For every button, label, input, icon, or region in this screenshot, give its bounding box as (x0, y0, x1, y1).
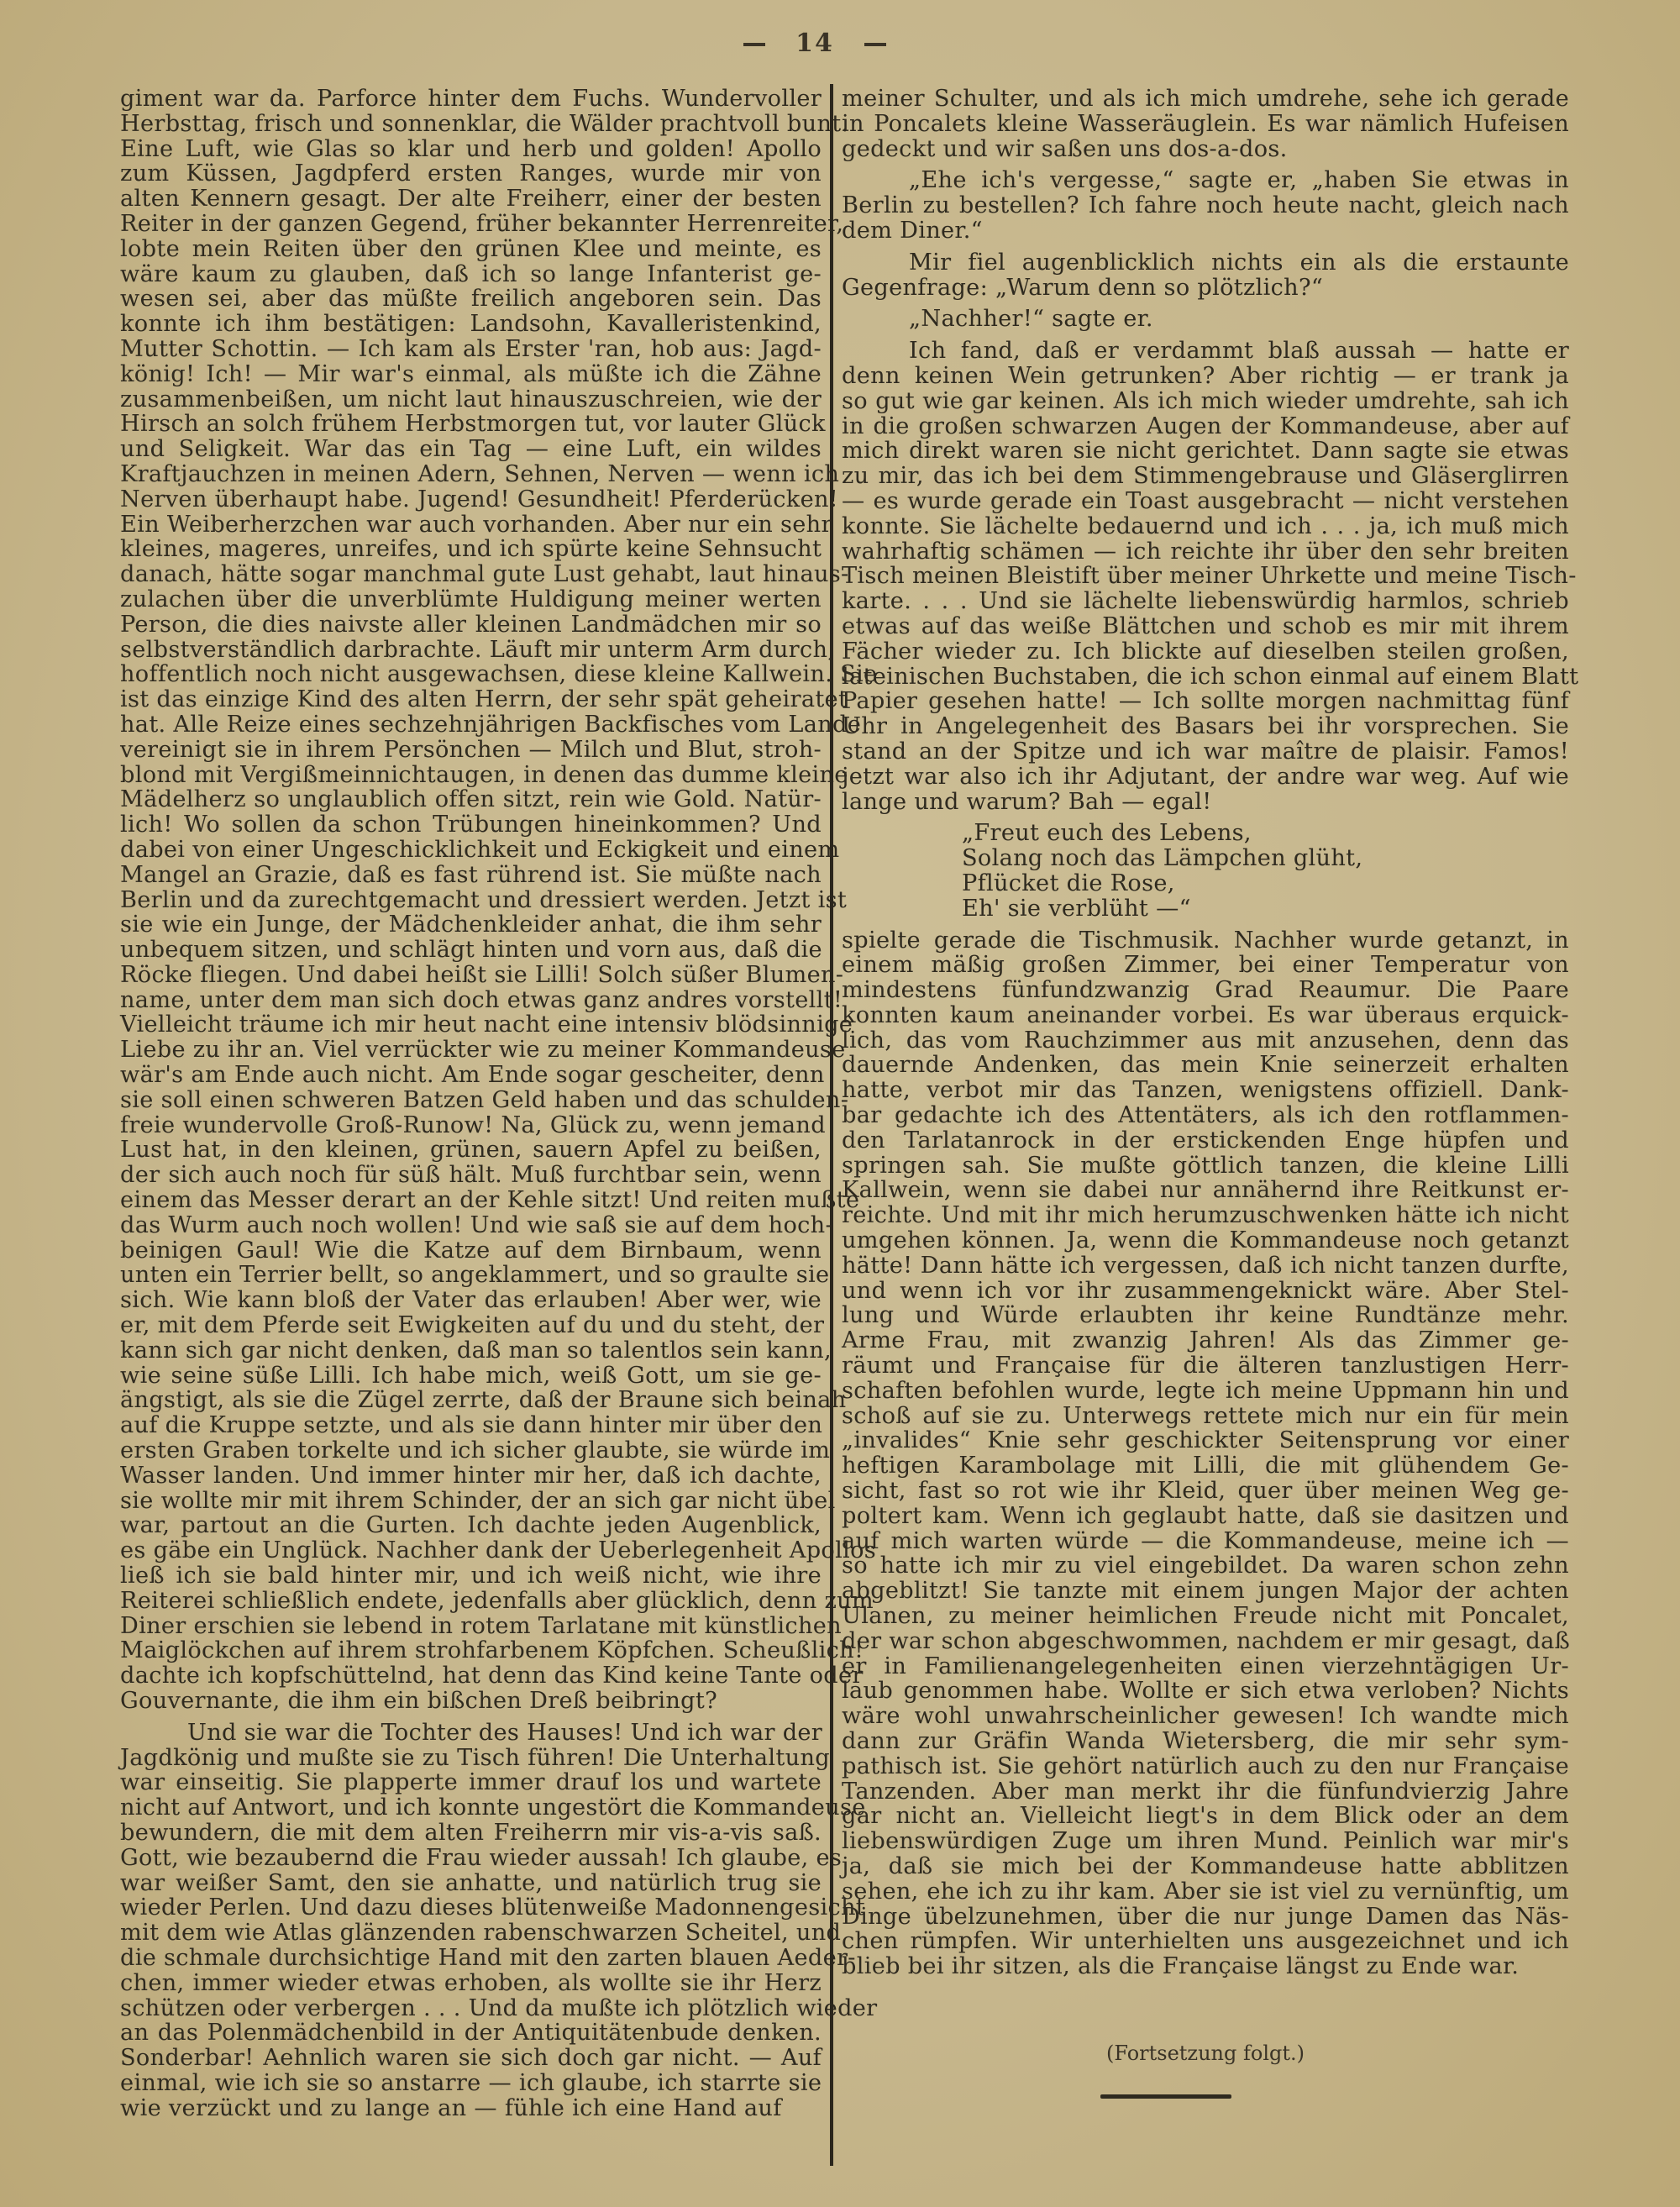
text-line: meiner Schulter, und als ich mich umdreh… (842, 87, 1569, 112)
text-line: Liebe zu ihr an. Viel verrückter wie zu … (120, 1038, 822, 1063)
text-line: sie soll einen schweren Batzen Geld habe… (120, 1088, 822, 1113)
text-line: lobte mein Reiten über den grünen Klee u… (120, 237, 822, 262)
text-line: reichte. Und mit ihr mich herumzuschwenk… (842, 1203, 1569, 1228)
text-line: gedeckt und wir saßen uns dos-a-dos. (842, 137, 1569, 162)
text-line: denn keinen Wein getrunken? Aber richtig… (842, 364, 1569, 389)
text-line: schaften befohlen wurde, legte ich meine… (842, 1379, 1569, 1404)
text-line: Diner erschien sie lebend in rotem Tarla… (120, 1614, 822, 1639)
text-line: Und sie war die Tochter des Hauses! Und … (120, 1721, 822, 1746)
text-line: so hatte ich mir zu viel eingebildet. Da… (842, 1553, 1569, 1579)
text-line: das Wurm auch noch wollen! Und wie saß s… (120, 1213, 822, 1238)
text-line: mindestens fünfundzwanzig Grad Reaumur. … (842, 978, 1569, 1003)
text-line: der war schon abgeschwommen, nachdem er … (842, 1629, 1569, 1654)
text-line: Mädelherz so unglaublich offen sitzt, re… (120, 787, 822, 812)
text-line: an das Polenmädchenbild in der Antiquitä… (120, 2020, 822, 2046)
text-line: Tanzenden. Aber man merkt ihr die fünfun… (842, 1779, 1569, 1805)
text-line: zusammenbeißen, um nicht laut hinauszusc… (120, 387, 822, 412)
text-line: war, partout an die Gurten. Ich dachte j… (120, 1513, 822, 1538)
text-line: schützen oder verbergen . . . Und da muß… (120, 1996, 822, 2021)
text-line: konnte. Sie lächelte bedauernd und ich .… (842, 514, 1569, 539)
text-line: Maiglöckchen auf ihrem strohfarbenem Köp… (120, 1638, 822, 1663)
text-line: könig! Ich! — Mir war's einmal, als müßt… (120, 362, 822, 387)
text-line: danach, hätte sogar manchmal gute Lust g… (120, 562, 822, 587)
text-line: Nerven überhaupt habe. Jugend! Gesundhei… (120, 487, 822, 512)
paragraph: Mir fiel augenblicklich nichts ein als d… (842, 250, 1569, 301)
text-line: — es wurde gerade ein Toast ausgebracht … (842, 489, 1569, 514)
paragraph: Und sie war die Tochter des Hauses! Und … (120, 1721, 822, 2121)
text-line: lich! Wo sollen da schon Trübungen hinei… (120, 812, 822, 838)
text-line: Mir fiel augenblicklich nichts ein als d… (842, 250, 1569, 276)
text-line: etwas auf das weiße Blättchen und schob … (842, 614, 1569, 639)
text-line: der sich auch noch für süß hält. Muß fur… (120, 1163, 822, 1188)
text-line: ließ ich sie bald hinter mir, und ich we… (120, 1563, 822, 1589)
text-line: ersten Graben torkelte und ich sicher gl… (120, 1438, 822, 1463)
text-line: Jagdkönig und mußte sie zu Tisch führen!… (120, 1746, 822, 1771)
text-line: konnte ich ihm bestätigen: Landsohn, Kav… (120, 312, 822, 337)
text-line: wesen sei, aber das müßte freilich angeb… (120, 286, 822, 312)
text-line: nicht auf Antwort, und ich konnte ungest… (120, 1795, 822, 1821)
text-line: wie seine süße Lilli. Ich habe mich, wei… (120, 1364, 822, 1389)
text-line: blieb bei ihr sitzen, als die Française … (842, 1954, 1569, 1979)
text-line: hoffentlich noch nicht ausgewachsen, die… (120, 662, 822, 687)
text-line: Gegenfrage: „Warum denn so plötzlich?“ (842, 276, 1569, 301)
text-line: Arme Frau, mit zwanzig Jahren! Als das Z… (842, 1328, 1569, 1353)
left-column: giment war da. Parforce hinter dem Fuchs… (120, 87, 822, 2121)
text-line: sie wie ein Junge, der Mädchenkleider an… (120, 912, 822, 938)
text-line: und wenn ich vor ihr zusammengeknickt wä… (842, 1279, 1569, 1304)
text-line: giment war da. Parforce hinter dem Fuchs… (120, 87, 822, 112)
poem-verse: „Freut euch des Lebens,Solang noch das L… (842, 821, 1569, 921)
poem-line: „Freut euch des Lebens, (842, 821, 1569, 846)
text-line: mit dem wie Atlas glänzenden rabenschwar… (120, 1921, 822, 1946)
text-line: war weißer Samt, den sie anhatte, und na… (120, 1871, 822, 1896)
text-line: hatte, verbot mir das Tanzen, wenigstens… (842, 1078, 1569, 1103)
paragraph: Ich fand, daß er verdammt blaß aussah — … (842, 339, 1569, 814)
text-line: hat. Alle Reize eines sechzehnjährigen B… (120, 712, 822, 738)
text-line: wäre kaum zu glauben, daß ich so lange I… (120, 262, 822, 287)
text-line: unten ein Terrier bellt, so angeklammert… (120, 1263, 822, 1288)
paragraph: giment war da. Parforce hinter dem Fuchs… (120, 87, 822, 1714)
text-line: spielte gerade die Tischmusik. Nachher w… (842, 928, 1569, 954)
text-line: freie wundervolle Groß-Runow! Na, Glück … (120, 1113, 822, 1138)
right-column: meiner Schulter, und als ich mich umdreh… (842, 87, 1569, 1979)
text-line: wahrhaftig schämen — ich reichte ihr übe… (842, 539, 1569, 565)
text-line: einem mäßig großen Zimmer, bei einer Tem… (842, 953, 1569, 978)
text-line: auf mich warten würde — die Kommandeuse,… (842, 1529, 1569, 1554)
text-line: er in Familienangelegenheiten einen vier… (842, 1654, 1569, 1679)
paragraph: spielte gerade die Tischmusik. Nachher w… (842, 928, 1569, 1979)
column-divider (830, 84, 833, 2166)
text-line: lateinischen Buchstaben, die ich schon e… (842, 665, 1569, 690)
text-line: kleines, mageres, unreifes, und ich spür… (120, 537, 822, 562)
text-line: springen sah. Sie mußte göttlich tanzen,… (842, 1153, 1569, 1179)
text-line: dauernde Andenken, das mein Knie seinerz… (842, 1053, 1569, 1078)
text-line: umgehen können. Ja, wenn die Kommandeuse… (842, 1228, 1569, 1253)
text-line: Ulanen, zu meiner heimlichen Freude nich… (842, 1604, 1569, 1629)
text-line: auf die Kruppe setzte, und als sie dann … (120, 1413, 822, 1438)
end-rule (1100, 2094, 1231, 2099)
text-line: Papier gesehen hatte! — Ich sollte morge… (842, 689, 1569, 714)
text-line: Kraftjauchzen in meinen Adern, Sehnen, N… (120, 462, 822, 487)
text-line: liebenswürdigen Zuge um ihren Mund. Pein… (842, 1829, 1569, 1854)
text-line: Berlin und da zurechtgemacht und dressie… (120, 888, 822, 913)
dash-right (864, 43, 886, 46)
text-line: ja, daß sie mich bei der Kommandeuse hat… (842, 1854, 1569, 1879)
text-line: Herbsttag, frisch und sonnenklar, die Wä… (120, 112, 822, 137)
text-line: lich, das vom Rauchzimmer aus mit anzuse… (842, 1028, 1569, 1054)
text-line: chen rümpfen. Wir unterhielten uns ausge… (842, 1929, 1569, 1954)
text-line: vereinigt sie in ihrem Persönchen — Milc… (120, 738, 822, 763)
text-line: und Seligkeit. War das ein Tag — eine Lu… (120, 437, 822, 462)
paragraph: meiner Schulter, und als ich mich umdreh… (842, 87, 1569, 161)
text-line: sie wollte mir mit ihrem Schinder, der a… (120, 1489, 822, 1514)
text-line: unbequem sitzen, und schlägt hinten und … (120, 938, 822, 963)
text-line: in die großen schwarzen Augen der Komman… (842, 414, 1569, 439)
text-line: Ein Weiberherzchen war auch vorhanden. A… (120, 512, 822, 538)
text-line: name, unter dem man sich doch etwas ganz… (120, 988, 822, 1013)
text-line: zulachen über die unverblümte Huldigung … (120, 587, 822, 612)
text-line: blond mit Vergißmeinnichtaugen, in denen… (120, 763, 822, 788)
poem-line: Eh' sie verblüht —“ (842, 896, 1569, 922)
text-line: Berlin zu bestellen? Ich fahre noch heut… (842, 193, 1569, 218)
text-line: kann sich gar nicht denken, daß man so t… (120, 1338, 822, 1364)
text-line: ängstigt, als sie die Zügel zerrte, daß … (120, 1388, 822, 1413)
text-line: beinigen Gaul! Wie die Katze auf dem Bir… (120, 1238, 822, 1264)
text-line: Reiterei schließlich endete, jedenfalls … (120, 1589, 822, 1614)
text-line: war einseitig. Sie plapperte immer drauf… (120, 1770, 822, 1795)
text-line: ist das einzige Kind des alten Herrn, de… (120, 687, 822, 712)
text-line: Röcke fliegen. Und dabei heißt sie Lilli… (120, 963, 822, 988)
text-line: so gut wie gar keinen. Als ich mich wied… (842, 389, 1569, 414)
text-line: räumt und Française für die älteren tanz… (842, 1353, 1569, 1379)
text-line: Reiter in der ganzen Gegend, früher beka… (120, 212, 822, 237)
text-line: zu mir, das ich bei dem Stimmengebrause … (842, 464, 1569, 489)
text-line: hätte! Dann hätte ich vergessen, daß ich… (842, 1253, 1569, 1279)
text-line: gar nicht an. Vielleicht liegt's in dem … (842, 1804, 1569, 1829)
text-line: heftigen Karambolage mit Lilli, die mit … (842, 1453, 1569, 1479)
text-line: chen, immer wieder etwas erhoben, als wo… (120, 1971, 822, 1996)
text-line: schoß auf sie zu. Unterwegs rettete mich… (842, 1404, 1569, 1429)
text-line: Wasser landen. Und immer hinter mir her,… (120, 1463, 822, 1489)
text-line: Sonderbar! Aehnlich waren sie sich doch … (120, 2046, 822, 2071)
page-number-header: 14 (0, 29, 1630, 58)
text-line: lung und Würde erlaubten ihr keine Rundt… (842, 1303, 1569, 1328)
text-line: Fächer wieder zu. Ich blickte auf diesel… (842, 639, 1569, 665)
paragraph: „Ehe ich's vergesse,“ sagte er, „haben S… (842, 168, 1569, 243)
text-line: dabei von einer Ungeschicklichkeit und E… (120, 838, 822, 863)
text-line: bar gedachte ich des Attentäters, als ic… (842, 1103, 1569, 1128)
text-line: einmal, wie ich sie so anstarre — ich gl… (120, 2071, 822, 2096)
text-line: Ich fand, daß er verdammt blaß aussah — … (842, 339, 1569, 364)
text-line: Mangel an Grazie, daß es fast rührend is… (120, 863, 822, 888)
poem-line: Solang noch das Lämpchen glüht, (842, 846, 1569, 871)
text-line: mich direkt waren sie nicht gerichtet. D… (842, 439, 1569, 464)
text-line: einem das Messer derart an der Kehle sit… (120, 1188, 822, 1213)
text-line: Gouvernante, die ihm ein bißchen Dreß be… (120, 1689, 822, 1714)
text-line: dachte ich kopfschüttelnd, hat denn das … (120, 1663, 822, 1689)
text-line: die schmale durchsichtige Hand mit den z… (120, 1946, 822, 1971)
text-line: Uhr in Angelegenheit des Basars bei ihr … (842, 714, 1569, 739)
text-line: dann zur Gräfin Wanda Wietersberg, die m… (842, 1729, 1569, 1754)
text-line: sehen, ehe ich zu ihr kam. Aber sie ist … (842, 1879, 1569, 1905)
text-line: Lust hat, in den kleinen, grünen, sauern… (120, 1138, 822, 1163)
poem-line: Pflücket die Rose, (842, 871, 1569, 896)
dash-left (743, 43, 765, 46)
text-line: dem Diner.“ (842, 218, 1569, 244)
text-line: pathisch ist. Sie gehört natürlich auch … (842, 1754, 1569, 1779)
text-line: in Poncalets kleine Wasseräuglein. Es wa… (842, 112, 1569, 137)
text-line: es gäbe ein Unglück. Nachher dank der Ue… (120, 1538, 822, 1563)
text-line: Vielleicht träume ich mir heut nacht ein… (120, 1012, 822, 1038)
page-number: 14 (795, 29, 834, 58)
text-line: „Nachher!“ sagte er. (842, 307, 1569, 332)
text-line: Gott, wie bezaubernd die Frau wieder aus… (120, 1846, 822, 1871)
text-line: abgeblitzt! Sie tanzte mit einem jungen … (842, 1579, 1569, 1604)
text-line: „invalides“ Knie sehr geschickter Seiten… (842, 1428, 1569, 1453)
text-line: jetzt war also ich ihr Adjutant, der and… (842, 765, 1569, 790)
text-line: lange und warum? Bah — egal! (842, 790, 1569, 815)
text-line: bewundern, die mit dem alten Freiherrn m… (120, 1821, 822, 1846)
paragraph: „Nachher!“ sagte er. (842, 307, 1569, 332)
text-line: poltert kam. Wenn ich geglaubt hatte, da… (842, 1504, 1569, 1529)
text-line: selbstverständlich darbrachte. Läuft mir… (120, 638, 822, 663)
text-line: stand an der Spitze und ich war maître d… (842, 739, 1569, 765)
text-line: Hirsch an solch frühem Herbstmorgen tut,… (120, 412, 822, 437)
text-line: sicht, fast so rot wie ihr Kleid, quer ü… (842, 1479, 1569, 1504)
text-line: Eine Luft, wie Glas so klar und herb und… (120, 137, 822, 162)
text-line: sich. Wie kann bloß der Vater das erlaub… (120, 1288, 822, 1313)
text-line: Person, die dies naivste aller kleinen L… (120, 612, 822, 638)
text-line: Tisch meinen Bleistift über meiner Uhrke… (842, 564, 1569, 589)
continued-note: (Fortsetzung folgt.) (842, 2041, 1569, 2065)
text-line: Mutter Schottin. — Ich kam als Erster 'r… (120, 337, 822, 362)
text-line: zum Küssen, Jagdpferd ersten Ranges, wur… (120, 161, 822, 187)
text-line: wäre wohl unwahrscheinlicher gewesen! Ic… (842, 1704, 1569, 1729)
text-line: er, mit dem Pferde seit Ewigkeiten auf d… (120, 1313, 822, 1338)
text-line: Dinge übelzunehmen, über die nur junge D… (842, 1905, 1569, 1930)
text-line: wieder Perlen. Und dazu dieses blütenwei… (120, 1895, 822, 1921)
text-line: laub genommen habe. Wollte er sich etwa … (842, 1679, 1569, 1704)
text-line: alten Kennern gesagt. Der alte Freiherr,… (120, 187, 822, 212)
text-line: „Ehe ich's vergesse,“ sagte er, „haben S… (842, 168, 1569, 193)
text-line: konnten kaum aneinander vorbei. Es war ü… (842, 1003, 1569, 1028)
text-line: Kallwein, wenn sie dabei nur annähernd i… (842, 1178, 1569, 1203)
text-line: wär's am Ende auch nicht. Am Ende sogar … (120, 1063, 822, 1088)
text-line: karte. . . . Und sie lächelte liebenswür… (842, 589, 1569, 614)
text-line: den Tarlatanrock in der erstickenden Eng… (842, 1128, 1569, 1153)
text-line: wie verzückt und zu lange an — fühle ich… (120, 2096, 822, 2121)
